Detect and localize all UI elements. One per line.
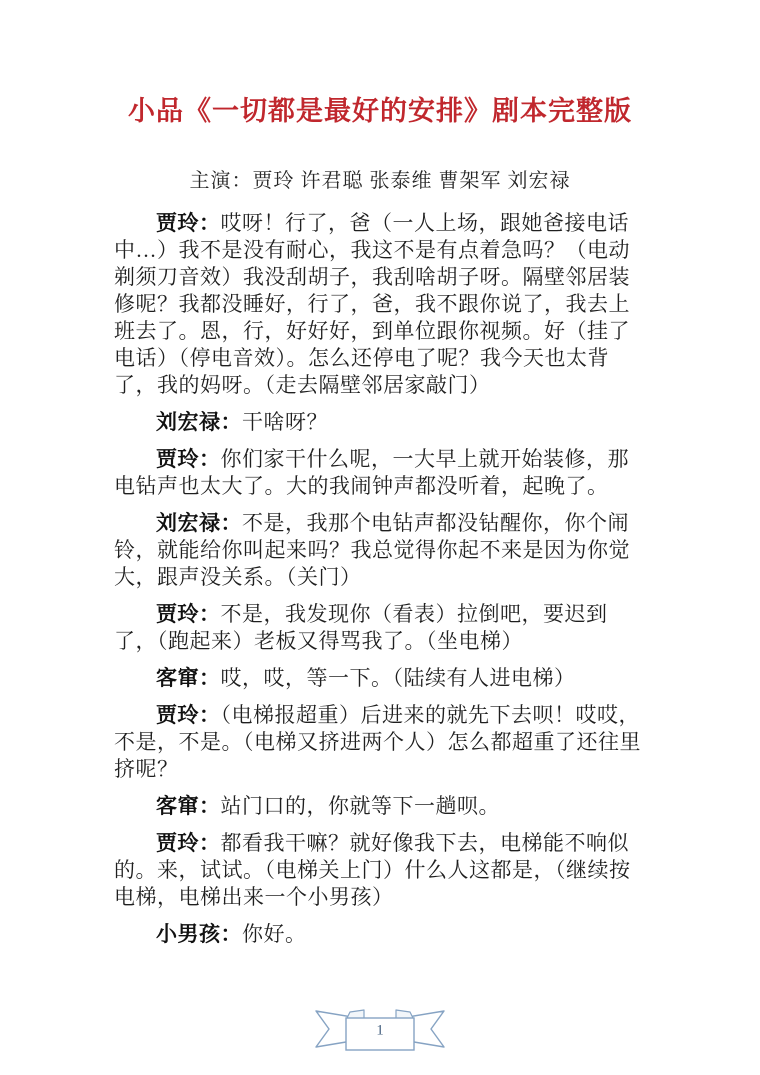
- document-page: 小品《一切都是最好的安排》剧本完整版 主演：贾玲 许君聪 张泰维 曹架军 刘宏禄…: [0, 0, 760, 1075]
- script-body: 贾玲：哎呀！行了，爸（一人上场，跟她爸接电话中…）我不是没有耐心，我这不是有点着…: [114, 210, 644, 948]
- cast-line: 主演：贾玲 许君聪 张泰维 曹架军 刘宏禄: [0, 167, 760, 195]
- page-footer: 1: [0, 1004, 760, 1052]
- speaker-name: 刘宏禄：: [156, 410, 242, 434]
- dialogue-paragraph: 客窜：站门口的，你就等下一趟呗。: [114, 793, 644, 820]
- speaker-name: 刘宏禄：: [156, 511, 242, 535]
- dialogue-text: 你好。: [242, 922, 307, 946]
- speaker-name: 小男孩：: [156, 922, 242, 946]
- speaker-name: 客窜：: [156, 666, 221, 690]
- dialogue-paragraph: 刘宏禄：干啥呀？: [114, 409, 644, 436]
- dialogue-paragraph: 贾玲：不是，我发现你（看表）拉倒吧，要迟到了，（跑起来）老板又得骂我了。（坐电梯…: [114, 601, 644, 655]
- speaker-name: 贾玲：: [156, 703, 221, 727]
- dialogue-text: 站门口的，你就等下一趟呗。: [221, 794, 501, 818]
- speaker-name: 贾玲：: [156, 831, 221, 855]
- dialogue-paragraph: 贾玲：哎呀！行了，爸（一人上场，跟她爸接电话中…）我不是没有耐心，我这不是有点着…: [114, 210, 644, 399]
- dialogue-text: 干啥呀？: [242, 410, 328, 434]
- speaker-name: 贾玲：: [156, 602, 221, 626]
- dialogue-paragraph: 贾玲：都看我干嘛？就好像我下去，电梯能不响似的。来，试试。（电梯关上门）什么人这…: [114, 830, 644, 911]
- dialogue-paragraph: 客窜：哎，哎，等一下。（陆续有人进电梯）: [114, 665, 644, 692]
- page-title: 小品《一切都是最好的安排》剧本完整版: [0, 92, 760, 130]
- speaker-name: 贾玲：: [156, 211, 221, 235]
- dialogue-paragraph: 小男孩：你好。: [114, 921, 644, 948]
- dialogue-paragraph: 刘宏禄：不是，我那个电钻声都没钻醒你，你个闹铃，就能给你叫起来吗？我总觉得你起不…: [114, 510, 644, 591]
- speaker-name: 客窜：: [156, 794, 221, 818]
- ribbon-banner-icon: 1: [310, 1004, 450, 1052]
- dialogue-paragraph: 贾玲：（电梯报超重）后进来的就先下去呗！哎哎，不是，不是。（电梯又挤进两个人）怎…: [114, 702, 644, 783]
- speaker-name: 贾玲：: [156, 447, 221, 471]
- dialogue-text: 哎呀！行了，爸（一人上场，跟她爸接电话中…）我不是没有耐心，我这不是有点着急吗？…: [114, 211, 630, 397]
- dialogue-text: 哎，哎，等一下。（陆续有人进电梯）: [221, 666, 576, 690]
- dialogue-paragraph: 贾玲：你们家干什么呢，一大早上就开始装修，那电钻声也太大了。大的我闹钟声都没听着…: [114, 446, 644, 500]
- page-number: 1: [376, 1022, 384, 1039]
